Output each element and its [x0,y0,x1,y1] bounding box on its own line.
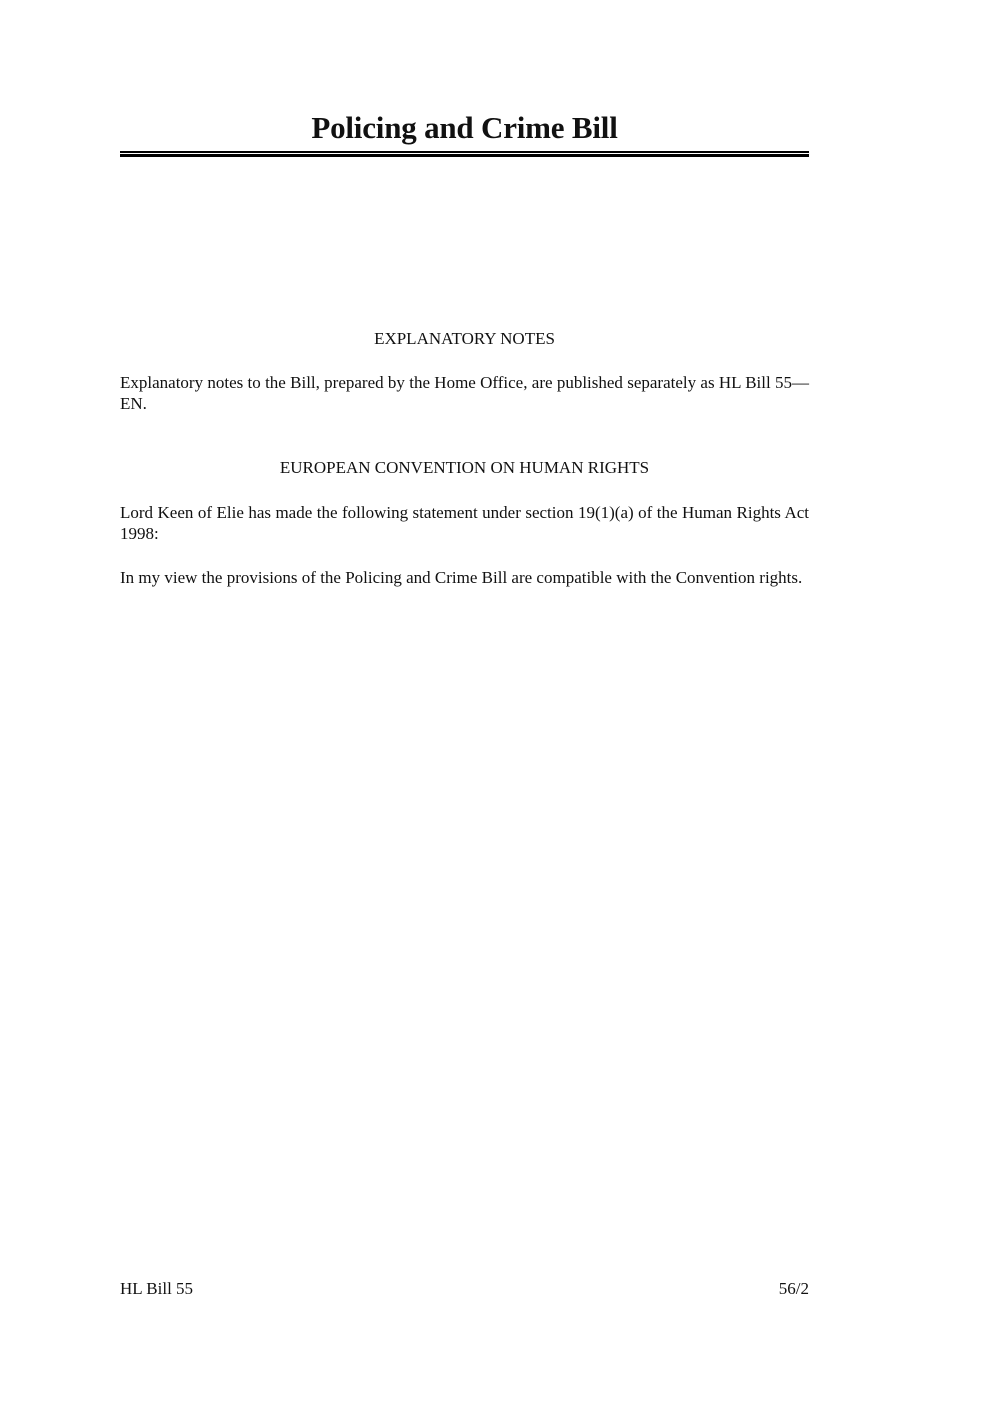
section-heading-explanatory-notes: EXPLANATORY NOTES [120,329,809,349]
document-title: Policing and Crime Bill [120,108,809,148]
echr-statement-body: In my view the provisions of the Policin… [120,567,809,588]
section-heading-echr: EUROPEAN CONVENTION ON HUMAN RIGHTS [120,458,809,478]
title-rule-thick [120,154,809,157]
echr-statement-intro: Lord Keen of Elie has made the following… [120,502,809,544]
explanatory-notes-paragraph: Explanatory notes to the Bill, prepared … [120,372,809,414]
footer-page-reference: 56/2 [779,1279,809,1299]
footer-bill-reference: HL Bill 55 [120,1279,193,1299]
title-rule-thin [120,151,809,153]
document-page: Policing and Crime Bill EXPLANATORY NOTE… [0,0,991,1403]
